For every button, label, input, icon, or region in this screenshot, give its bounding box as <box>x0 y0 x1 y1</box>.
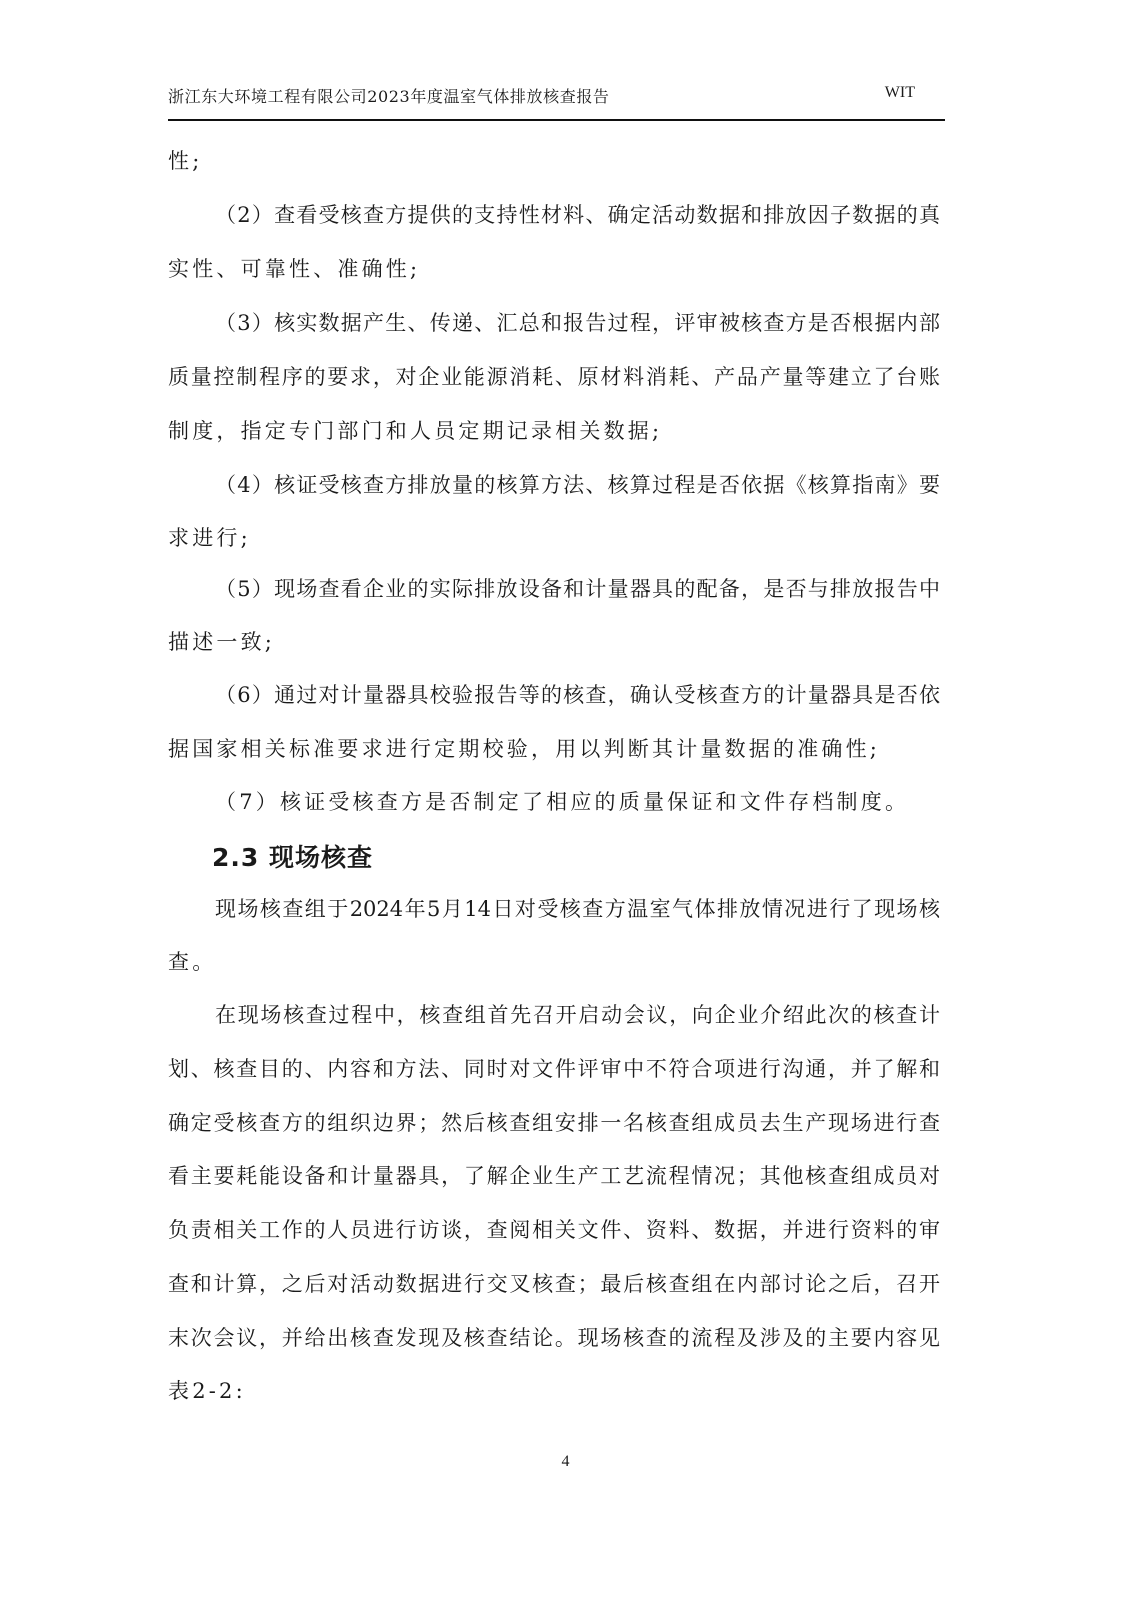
text-line: 实性、可靠性、准确性; <box>168 254 940 284</box>
text-line: 质量控制程序的要求，对企业能源消耗、原材料消耗、产品产量等建立了台账 <box>168 362 940 392</box>
text-line: 查。 <box>168 947 940 977</box>
header-code: WIT <box>885 84 915 102</box>
text-line: 负责相关工作的人员进行访谈，查阅相关文件、资料、数据，并进行资料的审 <box>168 1215 940 1245</box>
text-line: 查和计算，之后对活动数据进行交叉核查；最后核查组在内部讨论之后，召开 <box>168 1269 940 1299</box>
text-line: 求进行; <box>168 523 940 553</box>
text-line: （5）现场查看企业的实际排放设备和计量器具的配备，是否与排放报告中 <box>215 574 940 604</box>
text-line: 性; <box>168 146 940 176</box>
text-line: （4）核证受核查方排放量的核算方法、核算过程是否依据《核算指南》要 <box>215 470 940 500</box>
text-line: （7）核证受核查方是否制定了相应的质量保证和文件存档制度。 <box>215 787 940 817</box>
text-line: 确定受核查方的组织边界；然后核查组安排一名核查组成员去生产现场进行查 <box>168 1108 940 1138</box>
text-line: 描述一致; <box>168 627 940 657</box>
text-line: 看主要耗能设备和计量器具，了解企业生产工艺流程情况；其他核查组成员对 <box>168 1161 940 1191</box>
text-line: （6）通过对计量器具校验报告等的核查，确认受核查方的计量器具是否依 <box>215 680 940 710</box>
page-number: 4 <box>0 1453 1131 1471</box>
text-line: 在现场核查过程中，核查组首先召开启动会议，向企业介绍此次的核查计 <box>215 1000 940 1030</box>
text-line: 据国家相关标准要求进行定期校验，用以判断其计量数据的准确性; <box>168 734 940 764</box>
header-divider <box>168 119 945 121</box>
text-line: （3）核实数据产生、传递、汇总和报告过程，评审被核查方是否根据内部 <box>215 308 940 338</box>
header-title: 浙江东大环境工程有限公司2023年度温室气体排放核查报告 <box>168 84 610 107</box>
text-line: 末次会议，并给出核查发现及核查结论。现场核查的流程及涉及的主要内容见 <box>168 1323 940 1353</box>
text-line: 制度，指定专门部门和人员定期记录相关数据; <box>168 416 940 446</box>
text-line: 表2-2: <box>168 1376 940 1406</box>
page-header: 浙江东大环境工程有限公司2023年度温室气体排放核查报告 WIT <box>168 84 945 110</box>
text-line: （2）查看受核查方提供的支持性材料、确定活动数据和排放因子数据的真 <box>215 200 940 230</box>
text-line: 现场核查组于2024年5月14日对受核查方温室气体排放情况进行了现场核 <box>215 894 940 924</box>
text-line: 划、核查目的、内容和方法、同时对文件评审中不符合项进行沟通，并了解和 <box>168 1054 940 1084</box>
section-heading: 2.3 现场核查 <box>212 838 373 874</box>
